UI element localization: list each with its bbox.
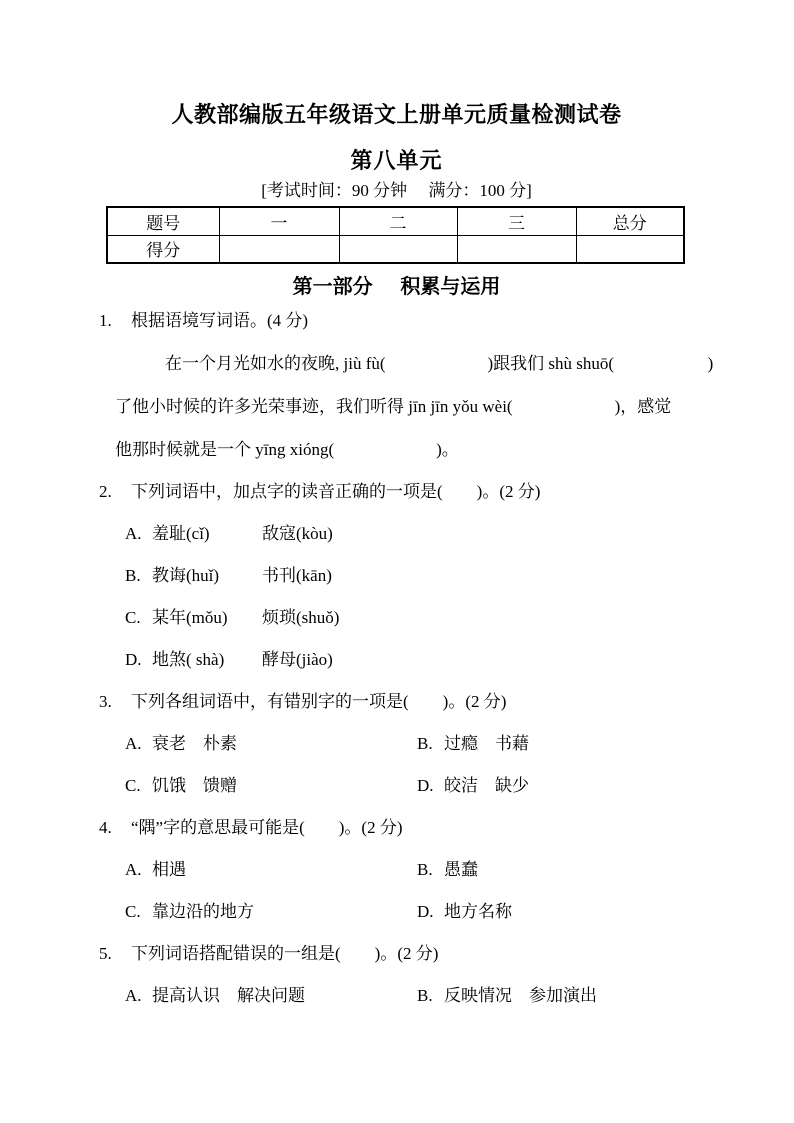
question-3-number: 3. <box>99 681 131 723</box>
option-text: 皎洁 缺少 <box>444 765 529 807</box>
question-5: 5. 下列词语搭配错误的一组是( )。(2 分) <box>99 933 694 975</box>
options-row: A. 相遇 B. 愚蠢 <box>125 849 694 891</box>
score-table-header-cell: 三 <box>457 207 576 235</box>
option-a: A. 羞耻(cǐ) 敌寇(kòu) <box>125 513 694 555</box>
option-c: C. 靠边沿的地方 <box>125 891 417 933</box>
option-a: A. 提高认识 解决问题 <box>125 975 417 1017</box>
options-row: C. 靠边沿的地方 D. 地方名称 <box>125 891 694 933</box>
option-text: 反映情况 参加演出 <box>444 975 597 1017</box>
question-1-passage: 在一个月光如水的夜晚, jiù fù( )跟我们 shù shuō( ) 了他小… <box>115 342 694 471</box>
option-c: C. 饥饿 馈赠 <box>125 765 417 807</box>
question-2: 2. 下列词语中，加点字的读音正确的一项是( )。(2 分) <box>99 471 694 513</box>
options-row: C. 饥饿 馈赠 D. 皎洁 缺少 <box>125 765 694 807</box>
option-word: 地煞( shà) <box>152 639 262 681</box>
question-2-options: A. 羞耻(cǐ) 敌寇(kòu) B. 教诲(huǐ) 书刊(kān) C. … <box>99 513 694 681</box>
option-d: D. 地煞( shà) 酵母(jiào) <box>125 639 694 681</box>
score-table-header-cell: 一 <box>219 207 339 235</box>
option-b: B. 过瘾 书藉 <box>417 723 529 765</box>
test-paper-page: 人教部编版五年级语文上册单元质量检测试卷 第八单元 [考试时间：90 分钟 满分… <box>0 0 794 1123</box>
option-word: 某年(mǒu) <box>152 597 262 639</box>
question-3-stem: 下列各组词语中，有错别字的一项是( )。(2 分) <box>131 681 506 723</box>
question-4-stem: “隅”字的意思最可能是( )。(2 分) <box>131 807 403 849</box>
option-c: C. 某年(mǒu) 烦琐(shuǒ) <box>125 597 694 639</box>
passage-line: 他那时候就是一个 yīng xióng( )。 <box>115 428 694 471</box>
option-d: D. 皎洁 缺少 <box>417 765 529 807</box>
score-cell <box>339 235 457 263</box>
options-row: A. 衰老 朴素 B. 过瘾 书藉 <box>125 723 694 765</box>
option-label: D. <box>417 891 444 933</box>
option-text: 提高认识 解决问题 <box>152 975 305 1017</box>
option-text: 过瘾 书藉 <box>444 723 529 765</box>
option-text: 饥饿 馈赠 <box>152 765 237 807</box>
option-label: A. <box>125 513 152 555</box>
passage-line: 了他小时候的许多光荣事迹，我们听得 jīn jīn yǒu wèi( )，感觉 <box>115 385 694 428</box>
question-area: 1. 根据语境写词语。(4 分) 在一个月光如水的夜晚, jiù fù( )跟我… <box>99 300 694 1017</box>
option-label: C. <box>125 765 152 807</box>
question-1-stem: 根据语境写词语。(4 分) <box>131 300 308 342</box>
option-word: 书刊(kān) <box>262 555 332 597</box>
exam-info: [考试时间：90 分钟 满分：100 分] <box>99 180 694 202</box>
option-word: 酵母(jiào) <box>262 639 333 681</box>
option-label: D. <box>125 639 152 681</box>
score-table-header-cell: 总分 <box>576 207 684 235</box>
option-word: 烦琐(shuǒ) <box>262 597 339 639</box>
question-2-stem: 下列词语中，加点字的读音正确的一项是( )。(2 分) <box>131 471 540 513</box>
question-5-number: 5. <box>99 933 131 975</box>
question-5-options: A. 提高认识 解决问题 B. 反映情况 参加演出 <box>99 975 694 1017</box>
score-cell <box>576 235 684 263</box>
passage-line: 在一个月光如水的夜晚, jiù fù( )跟我们 shù shuō( ) <box>115 342 694 385</box>
question-4: 4. “隅”字的意思最可能是( )。(2 分) <box>99 807 694 849</box>
option-label: D. <box>417 765 444 807</box>
option-d: D. 地方名称 <box>417 891 512 933</box>
score-cell <box>219 235 339 263</box>
option-text: 愚蠢 <box>444 849 478 891</box>
option-text: 地方名称 <box>444 891 512 933</box>
score-cell <box>457 235 576 263</box>
option-b: B. 反映情况 参加演出 <box>417 975 597 1017</box>
unit-title: 第八单元 <box>99 146 694 176</box>
score-row-label: 得分 <box>107 235 219 263</box>
paper-title: 人教部编版五年级语文上册单元质量检测试卷 <box>99 100 694 130</box>
option-label: B. <box>417 723 444 765</box>
option-label: A. <box>125 975 152 1017</box>
option-b: B. 教诲(huǐ) 书刊(kān) <box>125 555 694 597</box>
option-label: A. <box>125 849 152 891</box>
question-3: 3. 下列各组词语中，有错别字的一项是( )。(2 分) <box>99 681 694 723</box>
option-label: C. <box>125 891 152 933</box>
option-text: 相遇 <box>152 849 186 891</box>
option-label: B. <box>125 555 152 597</box>
option-a: A. 衰老 朴素 <box>125 723 417 765</box>
option-label: B. <box>417 849 444 891</box>
question-3-options: A. 衰老 朴素 B. 过瘾 书藉 C. 饥饿 馈赠 D. 皎洁 缺少 <box>99 723 694 807</box>
score-table: 题号 一 二 三 总分 得分 <box>106 206 685 264</box>
option-word: 敌寇(kòu) <box>262 513 333 555</box>
option-word: 羞耻(cǐ) <box>152 513 262 555</box>
score-table-header-cell: 二 <box>339 207 457 235</box>
question-2-number: 2. <box>99 471 131 513</box>
question-1: 1. 根据语境写词语。(4 分) <box>99 300 694 342</box>
option-b: B. 愚蠢 <box>417 849 478 891</box>
question-1-number: 1. <box>99 300 131 342</box>
score-table-header-cell: 题号 <box>107 207 219 235</box>
options-row: A. 提高认识 解决问题 B. 反映情况 参加演出 <box>125 975 694 1017</box>
question-4-number: 4. <box>99 807 131 849</box>
section-title: 第一部分 积累与运用 <box>99 274 694 300</box>
option-label: B. <box>417 975 444 1017</box>
option-text: 靠边沿的地方 <box>152 891 254 933</box>
score-table-header-row: 题号 一 二 三 总分 <box>107 207 684 235</box>
score-table-score-row: 得分 <box>107 235 684 263</box>
option-text: 衰老 朴素 <box>152 723 237 765</box>
question-5-stem: 下列词语搭配错误的一组是( )。(2 分) <box>131 933 438 975</box>
option-label: A. <box>125 723 152 765</box>
option-label: C. <box>125 597 152 639</box>
option-a: A. 相遇 <box>125 849 417 891</box>
option-word: 教诲(huǐ) <box>152 555 262 597</box>
question-4-options: A. 相遇 B. 愚蠢 C. 靠边沿的地方 D. 地方名称 <box>99 849 694 933</box>
